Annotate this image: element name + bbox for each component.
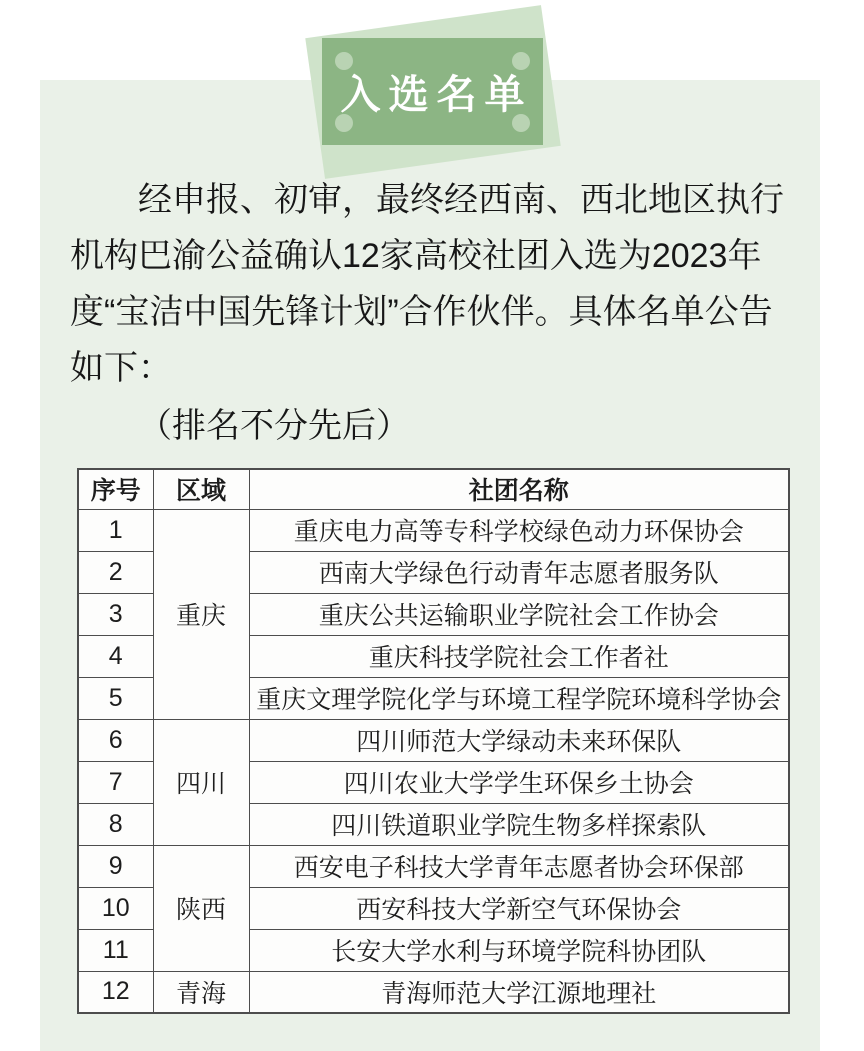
ranking-note: （排名不分先后） — [70, 398, 796, 454]
cell-serial-number: 11 — [78, 929, 153, 971]
table-row: 9陕西西安电子科技大学青年志愿者协会环保部 — [78, 845, 789, 887]
cell-organization-name: 西安科技大学新空气环保协会 — [249, 887, 789, 929]
cell-serial-number: 7 — [78, 761, 153, 803]
cell-organization-name: 青海师范大学江源地理社 — [249, 971, 789, 1013]
selection-badge: 入选名单 — [322, 38, 543, 145]
header-serial-number: 序号 — [78, 469, 153, 509]
selection-table-body: 1重庆重庆电力高等专科学校绿色动力环保协会2西南大学绿色行动青年志愿者服务队3重… — [78, 509, 789, 1013]
cell-serial-number: 3 — [78, 593, 153, 635]
cell-serial-number: 2 — [78, 551, 153, 593]
cell-organization-name: 长安大学水利与环境学院科协团队 — [249, 929, 789, 971]
table-row: 6四川四川师范大学绿动未来环保队 — [78, 719, 789, 761]
header-organization-name: 社团名称 — [249, 469, 789, 509]
cell-region: 重庆 — [153, 509, 249, 719]
cell-organization-name: 重庆文理学院化学与环境工程学院环境科学协会 — [249, 677, 789, 719]
badge-corner-dot-icon — [512, 52, 530, 70]
badge-title: 入选名单 — [333, 63, 533, 120]
header-region: 区域 — [153, 469, 249, 509]
badge-corner-dot-icon — [335, 52, 353, 70]
cell-serial-number: 4 — [78, 635, 153, 677]
cell-organization-name: 西安电子科技大学青年志愿者协会环保部 — [249, 845, 789, 887]
cell-region: 四川 — [153, 719, 249, 845]
cell-serial-number: 6 — [78, 719, 153, 761]
cell-organization-name: 四川铁道职业学院生物多样探索队 — [249, 803, 789, 845]
cell-serial-number: 12 — [78, 971, 153, 1013]
cell-organization-name: 重庆科技学院社会工作者社 — [249, 635, 789, 677]
cell-serial-number: 5 — [78, 677, 153, 719]
cell-organization-name: 四川农业大学学生环保乡土协会 — [249, 761, 789, 803]
table-row: 12青海青海师范大学江源地理社 — [78, 971, 789, 1013]
intro-section: 经申报、初审，最终经西南、西北地区执行机构巴渝公益确认12家高校社团入选为202… — [70, 172, 796, 454]
cell-organization-name: 西南大学绿色行动青年志愿者服务队 — [249, 551, 789, 593]
table-row: 1重庆重庆电力高等专科学校绿色动力环保协会 — [78, 509, 789, 551]
cell-serial-number: 10 — [78, 887, 153, 929]
cell-serial-number: 9 — [78, 845, 153, 887]
cell-serial-number: 1 — [78, 509, 153, 551]
cell-region: 青海 — [153, 971, 249, 1013]
badge-corner-dot-icon — [335, 114, 353, 132]
cell-region: 陕西 — [153, 845, 249, 971]
table-header-row: 序号 区域 社团名称 — [78, 469, 789, 509]
cell-serial-number: 8 — [78, 803, 153, 845]
intro-paragraph: 经申报、初审，最终经西南、西北地区执行机构巴渝公益确认12家高校社团入选为202… — [70, 172, 796, 396]
badge-corner-dot-icon — [512, 114, 530, 132]
selection-table: 序号 区域 社团名称 1重庆重庆电力高等专科学校绿色动力环保协会2西南大学绿色行… — [77, 468, 790, 1014]
cell-organization-name: 四川师范大学绿动未来环保队 — [249, 719, 789, 761]
cell-organization-name: 重庆电力高等专科学校绿色动力环保协会 — [249, 509, 789, 551]
cell-organization-name: 重庆公共运输职业学院社会工作协会 — [249, 593, 789, 635]
